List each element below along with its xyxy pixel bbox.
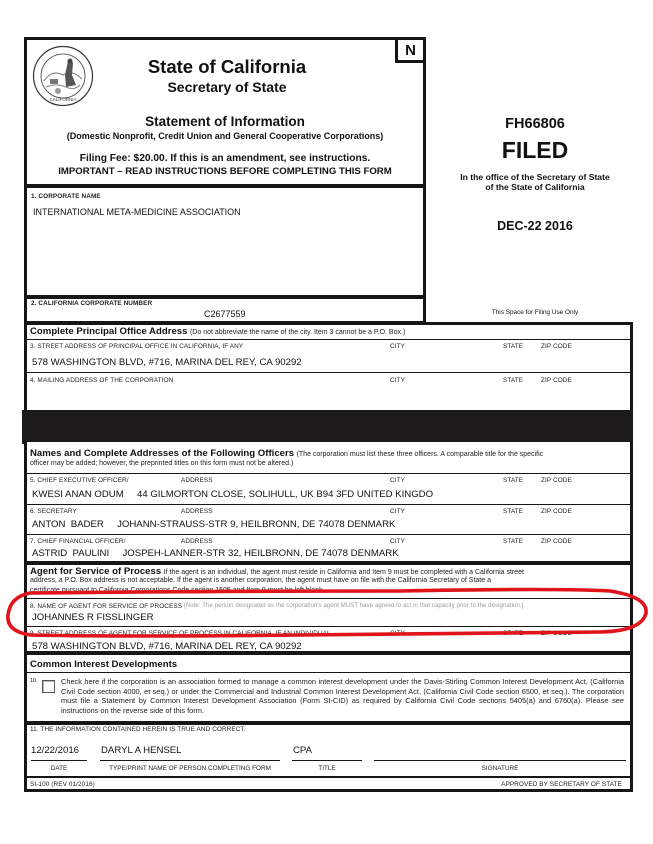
filed-office-line2: of the State of California bbox=[440, 182, 630, 192]
certification-title-value: CPA bbox=[293, 745, 312, 756]
certification-name-value: DARYL A HENSEL bbox=[101, 745, 182, 756]
item3-zip-label: ZIP CODE bbox=[541, 343, 572, 350]
form-title: Statement of Information bbox=[24, 114, 426, 129]
redaction-bar bbox=[22, 410, 633, 444]
filed-office-line1: In the office of the Secretary of State bbox=[440, 172, 630, 182]
officer-secretary-state-label: STATE bbox=[503, 508, 523, 515]
item3-state-label: STATE bbox=[503, 343, 523, 350]
certification-signature-field[interactable] bbox=[375, 745, 595, 757]
cid-checkbox[interactable] bbox=[42, 680, 55, 693]
title-line bbox=[292, 760, 362, 761]
corporate-number-value: C2677559 bbox=[204, 309, 246, 319]
agent-text-line2: address, a P.O. Box address is not accep… bbox=[30, 577, 491, 584]
officer-cfo-label: 7. CHIEF FINANCIAL OFFICER/ bbox=[30, 538, 126, 545]
officers-title: Names and Complete Addresses of the Foll… bbox=[30, 448, 294, 459]
cid-heading: Common Interest Developments bbox=[30, 659, 177, 670]
corporate-name-value: INTERNATIONAL META-MEDICINE ASSOCIATION bbox=[33, 207, 241, 217]
officer-ceo-zip-label: ZIP CODE bbox=[541, 477, 572, 484]
officer-ceo-value: KWESI ANAN ODUM 44 GILMORTON CLOSE, SOLI… bbox=[32, 489, 433, 500]
divider bbox=[27, 534, 630, 535]
item4-city-label: CITY bbox=[390, 377, 405, 384]
state-title: State of California bbox=[100, 56, 354, 78]
divider bbox=[27, 473, 630, 474]
officers-heading: Names and Complete Addresses of the Foll… bbox=[30, 448, 543, 459]
office-title: Secretary of State bbox=[100, 79, 354, 95]
svg-text:CALIFORNIA: CALIFORNIA bbox=[49, 97, 76, 102]
agent-title: Agent for Service of Process bbox=[30, 566, 161, 577]
name-caption: TYPE/PRINT NAME OF PERSON COMPLETING FOR… bbox=[100, 765, 280, 772]
important-notice: IMPORTANT – READ INSTRUCTIONS BEFORE COM… bbox=[24, 166, 426, 177]
filed-date: DEC-22 2016 bbox=[440, 219, 630, 233]
cid-item-number: 10. bbox=[30, 678, 38, 684]
red-highlight-annotation bbox=[0, 585, 653, 640]
form-letter: N bbox=[405, 42, 416, 59]
corporate-name-box bbox=[24, 185, 426, 298]
name-line bbox=[100, 760, 280, 761]
agent-heading: Agent for Service of Process If the agen… bbox=[30, 566, 524, 577]
california-seal-icon: CALIFORNIA bbox=[32, 45, 94, 107]
agent-text-line1: If the agent is an individual, the agent… bbox=[164, 569, 524, 576]
cid-text: Check here if the corporation is an asso… bbox=[61, 677, 624, 715]
item3-city-label: CITY bbox=[390, 343, 405, 350]
form-id: SI-100 (REV 01/2016) bbox=[30, 781, 95, 788]
agent-address-value: 578 WASHINGTON BLVD, #716, MARINA DEL RE… bbox=[32, 641, 302, 652]
officer-secretary-zip-label: ZIP CODE bbox=[541, 508, 572, 515]
officers-note-line1: (The corporation must list these three o… bbox=[297, 451, 544, 458]
principal-office-title: Complete Principal Office Address bbox=[30, 326, 187, 337]
officer-cfo-city-label: CITY bbox=[390, 538, 405, 545]
officer-secretary-address-label: ADDRESS bbox=[181, 508, 213, 515]
certification-date-value: 12/22/2016 bbox=[31, 745, 79, 756]
officer-ceo-address-label: ADDRESS bbox=[181, 477, 213, 484]
item4-zip-label: ZIP CODE bbox=[541, 377, 572, 384]
item4-label: 4. MAILING ADDRESS OF THE CORPORATION bbox=[30, 377, 173, 384]
corporate-name-label: 1. CORPORATE NAME bbox=[31, 193, 101, 200]
corporate-number-label: 2. CALIFORNIA CORPORATE NUMBER bbox=[31, 300, 152, 307]
officer-cfo-state-label: STATE bbox=[503, 538, 523, 545]
file-number: FH66806 bbox=[440, 116, 630, 132]
filing-space-note: This Space for Filing Use Only bbox=[440, 309, 630, 316]
date-line bbox=[31, 760, 87, 761]
officer-cfo-zip-label: ZIP CODE bbox=[541, 538, 572, 545]
officer-ceo-state-label: STATE bbox=[503, 477, 523, 484]
principal-office-heading: Complete Principal Office Address (Do no… bbox=[30, 326, 405, 337]
filed-status: FILED bbox=[440, 137, 630, 164]
signature-line bbox=[374, 760, 626, 761]
form-subtitle: (Domestic Nonprofit, Credit Union and Ge… bbox=[24, 131, 426, 141]
date-caption: DATE bbox=[31, 765, 87, 772]
title-caption: TITLE bbox=[292, 765, 362, 772]
form-letter-box: N bbox=[395, 37, 426, 63]
item4-state-label: STATE bbox=[503, 377, 523, 384]
signature-caption: SIGNATURE bbox=[374, 765, 626, 772]
officer-cfo-value: ASTRID PAULINI JOSPEH-LANNER-STR 32, HEI… bbox=[32, 548, 399, 559]
item3-value: 578 WASHINGTON BLVD, #716, MARINA DEL RE… bbox=[32, 357, 302, 368]
item3-label: 3. STREET ADDRESS OF PRINCIPAL OFFICE IN… bbox=[30, 343, 243, 350]
divider bbox=[27, 672, 630, 673]
officer-ceo-label: 5. CHIEF EXECUTIVE OFFICER/ bbox=[30, 477, 129, 484]
officer-ceo-city-label: CITY bbox=[390, 477, 405, 484]
officer-secretary-city-label: CITY bbox=[390, 508, 405, 515]
approval-text: APPROVED BY SECRETARY OF STATE bbox=[420, 781, 622, 788]
divider bbox=[27, 504, 630, 505]
officers-note-line2: officer may be added; however, the prepr… bbox=[30, 460, 293, 467]
divider bbox=[27, 339, 630, 340]
filing-fee: Filing Fee: $20.00. If this is an amendm… bbox=[24, 153, 426, 164]
officer-cfo-address-label: ADDRESS bbox=[181, 538, 213, 545]
certification-label: 11. THE INFORMATION CONTAINED HEREIN IS … bbox=[30, 726, 246, 733]
divider bbox=[27, 372, 630, 373]
principal-office-note: (Do not abbreviate the name of the city.… bbox=[190, 329, 405, 336]
officer-secretary-value: ANTON BADER JOHANN-STRAUSS-STR 9, HEILBR… bbox=[32, 519, 395, 530]
officer-secretary-label: 6. SECRETARY bbox=[30, 508, 77, 515]
